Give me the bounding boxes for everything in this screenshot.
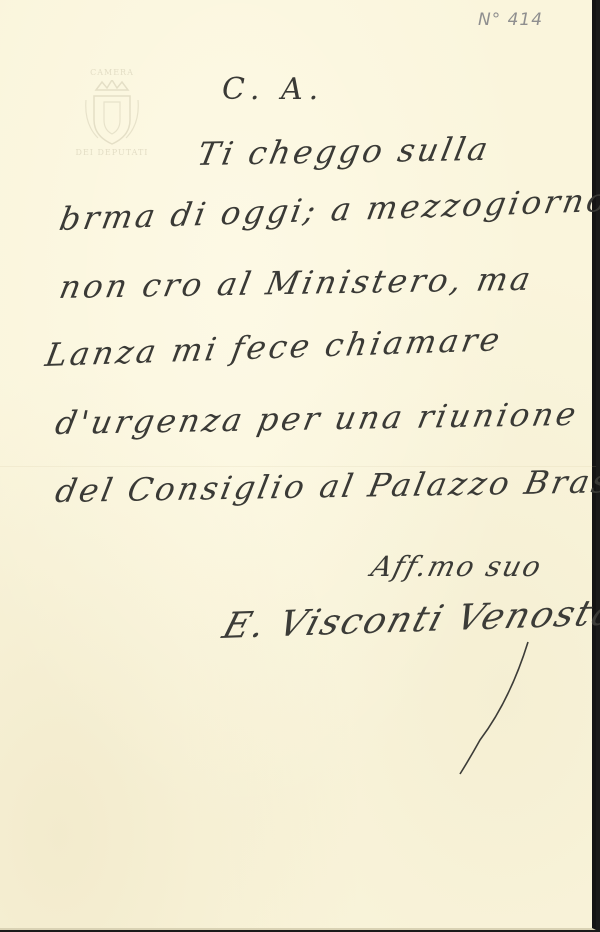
body-line: d'urgenza per una riunione <box>52 395 582 442</box>
body-line: Ti cheggo sulla <box>194 130 494 173</box>
seal-text-bottom: DEI DEPUTATI <box>62 148 162 157</box>
body-line: brma di oggi; a mezzogiorno, <box>57 181 600 238</box>
body-line: non cro al Ministero, ma <box>56 260 536 306</box>
signature-flourish-icon <box>440 640 540 780</box>
body-line: Lanza mi fece chiamare <box>43 320 506 374</box>
letter-sheet: N° 414 CAMERA DEI DEPUTATI C. A. Ti cheg… <box>0 0 596 930</box>
signature: E. Visconti Venosta <box>218 592 600 647</box>
seal-text-top: CAMERA <box>62 68 162 77</box>
closing: Aff.mo suo <box>368 550 546 583</box>
archive-number: N° 414 <box>478 10 543 30</box>
embossed-seal: CAMERA DEI DEPUTATI <box>62 66 162 162</box>
crowned-shield-icon <box>84 80 140 146</box>
body-line: del Consiglio al Palazzo Braschi: <box>52 461 600 510</box>
salutation: C. A. <box>222 72 324 107</box>
